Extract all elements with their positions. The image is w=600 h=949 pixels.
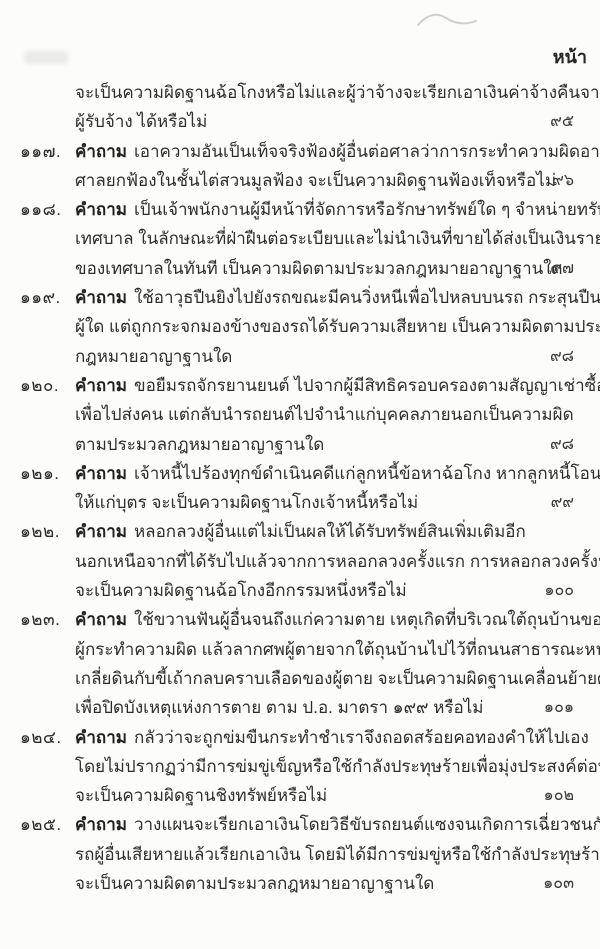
toc-list: จะเป็นความผิดฐานฉ้อโกงหรือไม่และผู้ว่าจ้… — [0, 78, 600, 898]
toc-continuation-item: จะเป็นความผิดฐานฉ้อโกงหรือไม่และผู้ว่าจ้… — [0, 78, 600, 137]
text-line: คำถามเจ้าหนี้ไปร้องทุกข์ดำเนินคดีแก่ลูกห… — [75, 459, 600, 488]
toc-item-text: จะเป็นความผิดฐานฉ้อโกงหรือไม่และผู้ว่าจ้… — [75, 78, 600, 137]
toc-item-number: ๑๑๗. — [20, 137, 61, 166]
text-line: เทศบาล ในลักษณะที่ฝ่าฝืนต่อระเบียบและไม่… — [75, 224, 600, 253]
page-number: ๙๘ — [550, 342, 574, 371]
text-line: จะเป็นความผิดฐานชิงทรัพย์หรือไม่๑๐๒ — [75, 781, 600, 810]
text-line: ผู้รับจ้าง ได้หรือไม่๙๕ — [75, 107, 600, 136]
page-number: ๑๐๑ — [544, 693, 574, 722]
page-number: ๑๐๐ — [544, 576, 574, 605]
text-line: คำถามหลอกลวงผู้อื่นแต่ไม่เป็นผลให้ได้รับ… — [75, 517, 600, 546]
text-line: เพื่อปิดบังเหตุแห่งการตาย ตาม ป.อ. มาตรา… — [75, 693, 600, 722]
toc-item-text: คำถามเป็นเจ้าพนักงานผู้มีหน้าที่จัดการหร… — [75, 195, 600, 283]
text-line: ตามประมวลกฎหมายอาญาฐานใด๙๘ — [75, 430, 600, 459]
text-line: จะเป็นความผิดตามประมวลกฎหมายอาญาฐานใด๑๐๓ — [75, 869, 600, 898]
toc-item-number: ๑๒๕. — [20, 810, 62, 839]
text-line: คำถามเป็นเจ้าพนักงานผู้มีหน้าที่จัดการหร… — [75, 195, 600, 224]
toc-item: ๑๑๙.คำถามใช้อาวุธปืนยิงไปยังรถขณะมีคนวิ่… — [0, 283, 600, 371]
toc-item-number: ๑๒๐. — [20, 371, 59, 400]
text-line: คำถามใช้อาวุธปืนยิงไปยังรถขณะมีคนวิ่งหนี… — [75, 283, 600, 312]
toc-item-text: คำถามเจ้าหนี้ไปร้องทุกข์ดำเนินคดีแก่ลูกห… — [75, 459, 600, 518]
toc-item-number: ๑๑๘. — [20, 195, 61, 224]
text-line: คำถามเอาความอันเป็นเท็จจริงฟ้องผู้อื่นต่… — [75, 137, 600, 166]
text-line: คำถามใช้ขวานฟันผู้อื่นจนถึงแก่ความตาย เห… — [75, 605, 600, 634]
question-label: คำถาม — [75, 200, 127, 219]
question-label: คำถาม — [75, 815, 127, 834]
toc-item-number: ๑๑๙. — [20, 283, 61, 312]
text-line: กฎหมายอาญาฐานใด๙๘ — [75, 342, 600, 371]
toc-item-text: คำถามกลัวว่าจะถูกข่มขืนกระทำชำเราจึงถอดส… — [75, 723, 600, 811]
toc-item-text: คำถามใช้อาวุธปืนยิงไปยังรถขณะมีคนวิ่งหนี… — [75, 283, 600, 371]
toc-item-text: คำถามใช้ขวานฟันผู้อื่นจนถึงแก่ความตาย เห… — [75, 605, 600, 722]
text-line: คำถามวางแผนจะเรียกเอาเงินโดยวิธีขับรถยนต… — [75, 810, 600, 839]
question-label: คำถาม — [75, 522, 127, 541]
toc-item: ๑๑๗.คำถามเอาความอันเป็นเท็จจริงฟ้องผู้อื… — [0, 137, 600, 196]
question-label: คำถาม — [75, 464, 127, 483]
text-line: ของเทศบาลในทันที เป็นความผิดตามประมวลกฎห… — [75, 254, 600, 283]
text-line: คำถามกลัวว่าจะถูกข่มขืนกระทำชำเราจึงถอดส… — [75, 723, 600, 752]
page-number: ๑๐๒ — [544, 781, 574, 810]
page-number: ๙๖ — [552, 166, 574, 195]
scan-artifact-squiggle — [412, 5, 492, 35]
toc-item: ๑๑๘.คำถามเป็นเจ้าพนักงานผู้มีหน้าที่จัดก… — [0, 195, 600, 283]
toc-item-text: คำถามเอาความอันเป็นเท็จจริงฟ้องผู้อื่นต่… — [75, 137, 600, 196]
text-line: จะเป็นความผิดฐานฉ้อโกงอีกกรรมหนึ่งหรือไม… — [75, 576, 600, 605]
text-line: คำถามขอยืมรถจักรยานยนต์ ไปจากผู้มีสิทธิค… — [75, 371, 600, 400]
text-line: ผู้ใด แต่ถูกกระจกมองข้างของรถได้รับความเ… — [75, 312, 600, 341]
toc-item-text: คำถามหลอกลวงผู้อื่นแต่ไม่เป็นผลให้ได้รับ… — [75, 517, 600, 605]
page-number: ๙๕ — [550, 107, 574, 136]
text-line: ศาลยกฟ้องในชั้นไต่สวนมูลฟ้อง จะเป็นความผ… — [75, 166, 600, 195]
toc-item-text: คำถามวางแผนจะเรียกเอาเงินโดยวิธีขับรถยนต… — [75, 810, 600, 898]
toc-item: ๑๒๔.คำถามกลัวว่าจะถูกข่มขืนกระทำชำเราจึง… — [0, 723, 600, 811]
text-line: จะเป็นความผิดฐานฉ้อโกงหรือไม่และผู้ว่าจ้… — [75, 78, 600, 107]
question-label: คำถาม — [75, 376, 127, 395]
toc-item: ๑๒๒.คำถามหลอกลวงผู้อื่นแต่ไม่เป็นผลให้ได… — [0, 517, 600, 605]
scan-artifact-smudge — [24, 51, 68, 64]
page-number: ๙๙ — [551, 488, 574, 517]
text-line: ผู้กระทำความผิด แล้วลากศพผู้ตายจากใต้ถุน… — [75, 635, 600, 664]
question-label: คำถาม — [75, 288, 127, 307]
page-column-header: หน้า — [553, 42, 587, 71]
page-number: ๙๗ — [550, 254, 574, 283]
toc-item-text: คำถามขอยืมรถจักรยานยนต์ ไปจากผู้มีสิทธิค… — [75, 371, 600, 459]
question-label: คำถาม — [75, 610, 127, 629]
question-label: คำถาม — [75, 142, 127, 161]
toc-item-number: ๑๒๑. — [20, 459, 60, 488]
toc-item-number: ๑๒๓. — [20, 605, 60, 634]
text-line: นอกเหนือจากที่ได้รับไปแล้วจากการหลอกลวงค… — [75, 547, 600, 576]
toc-item: ๑๒๓.คำถามใช้ขวานฟันผู้อื่นจนถึงแก่ความตา… — [0, 605, 600, 722]
toc-item: ๑๒๐.คำถามขอยืมรถจักรยานยนต์ ไปจากผู้มีสิ… — [0, 371, 600, 459]
text-line: โดยไม่ปรากฏว่ามีการข่มขู่เข็ญหรือใช้กำลั… — [75, 752, 600, 781]
toc-item: ๑๒๕.คำถามวางแผนจะเรียกเอาเงินโดยวิธีขับร… — [0, 810, 600, 898]
page-number: ๙๘ — [550, 430, 574, 459]
text-line: เกลี่ยดินกับขี้เถ้ากลบคราบเลือดของผู้ตาย… — [75, 664, 600, 693]
toc-item-number: ๑๒๒. — [20, 517, 60, 546]
toc-item: ๑๒๑.คำถามเจ้าหนี้ไปร้องทุกข์ดำเนินคดีแก่… — [0, 459, 600, 518]
toc-item-number: ๑๒๔. — [20, 723, 62, 752]
question-label: คำถาม — [75, 728, 127, 747]
page-number: ๑๐๓ — [543, 869, 574, 898]
text-line: เพื่อไปส่งคน แต่กลับนำรถยนต์ไปจำนำแก่บุค… — [75, 400, 600, 429]
text-line: ให้แก่บุตร จะเป็นความผิดฐานโกงเจ้าหนี้หร… — [75, 488, 600, 517]
text-line: รถผู้อื่นเสียหายแล้วเรียกเอาเงิน โดยมิได… — [75, 840, 600, 869]
